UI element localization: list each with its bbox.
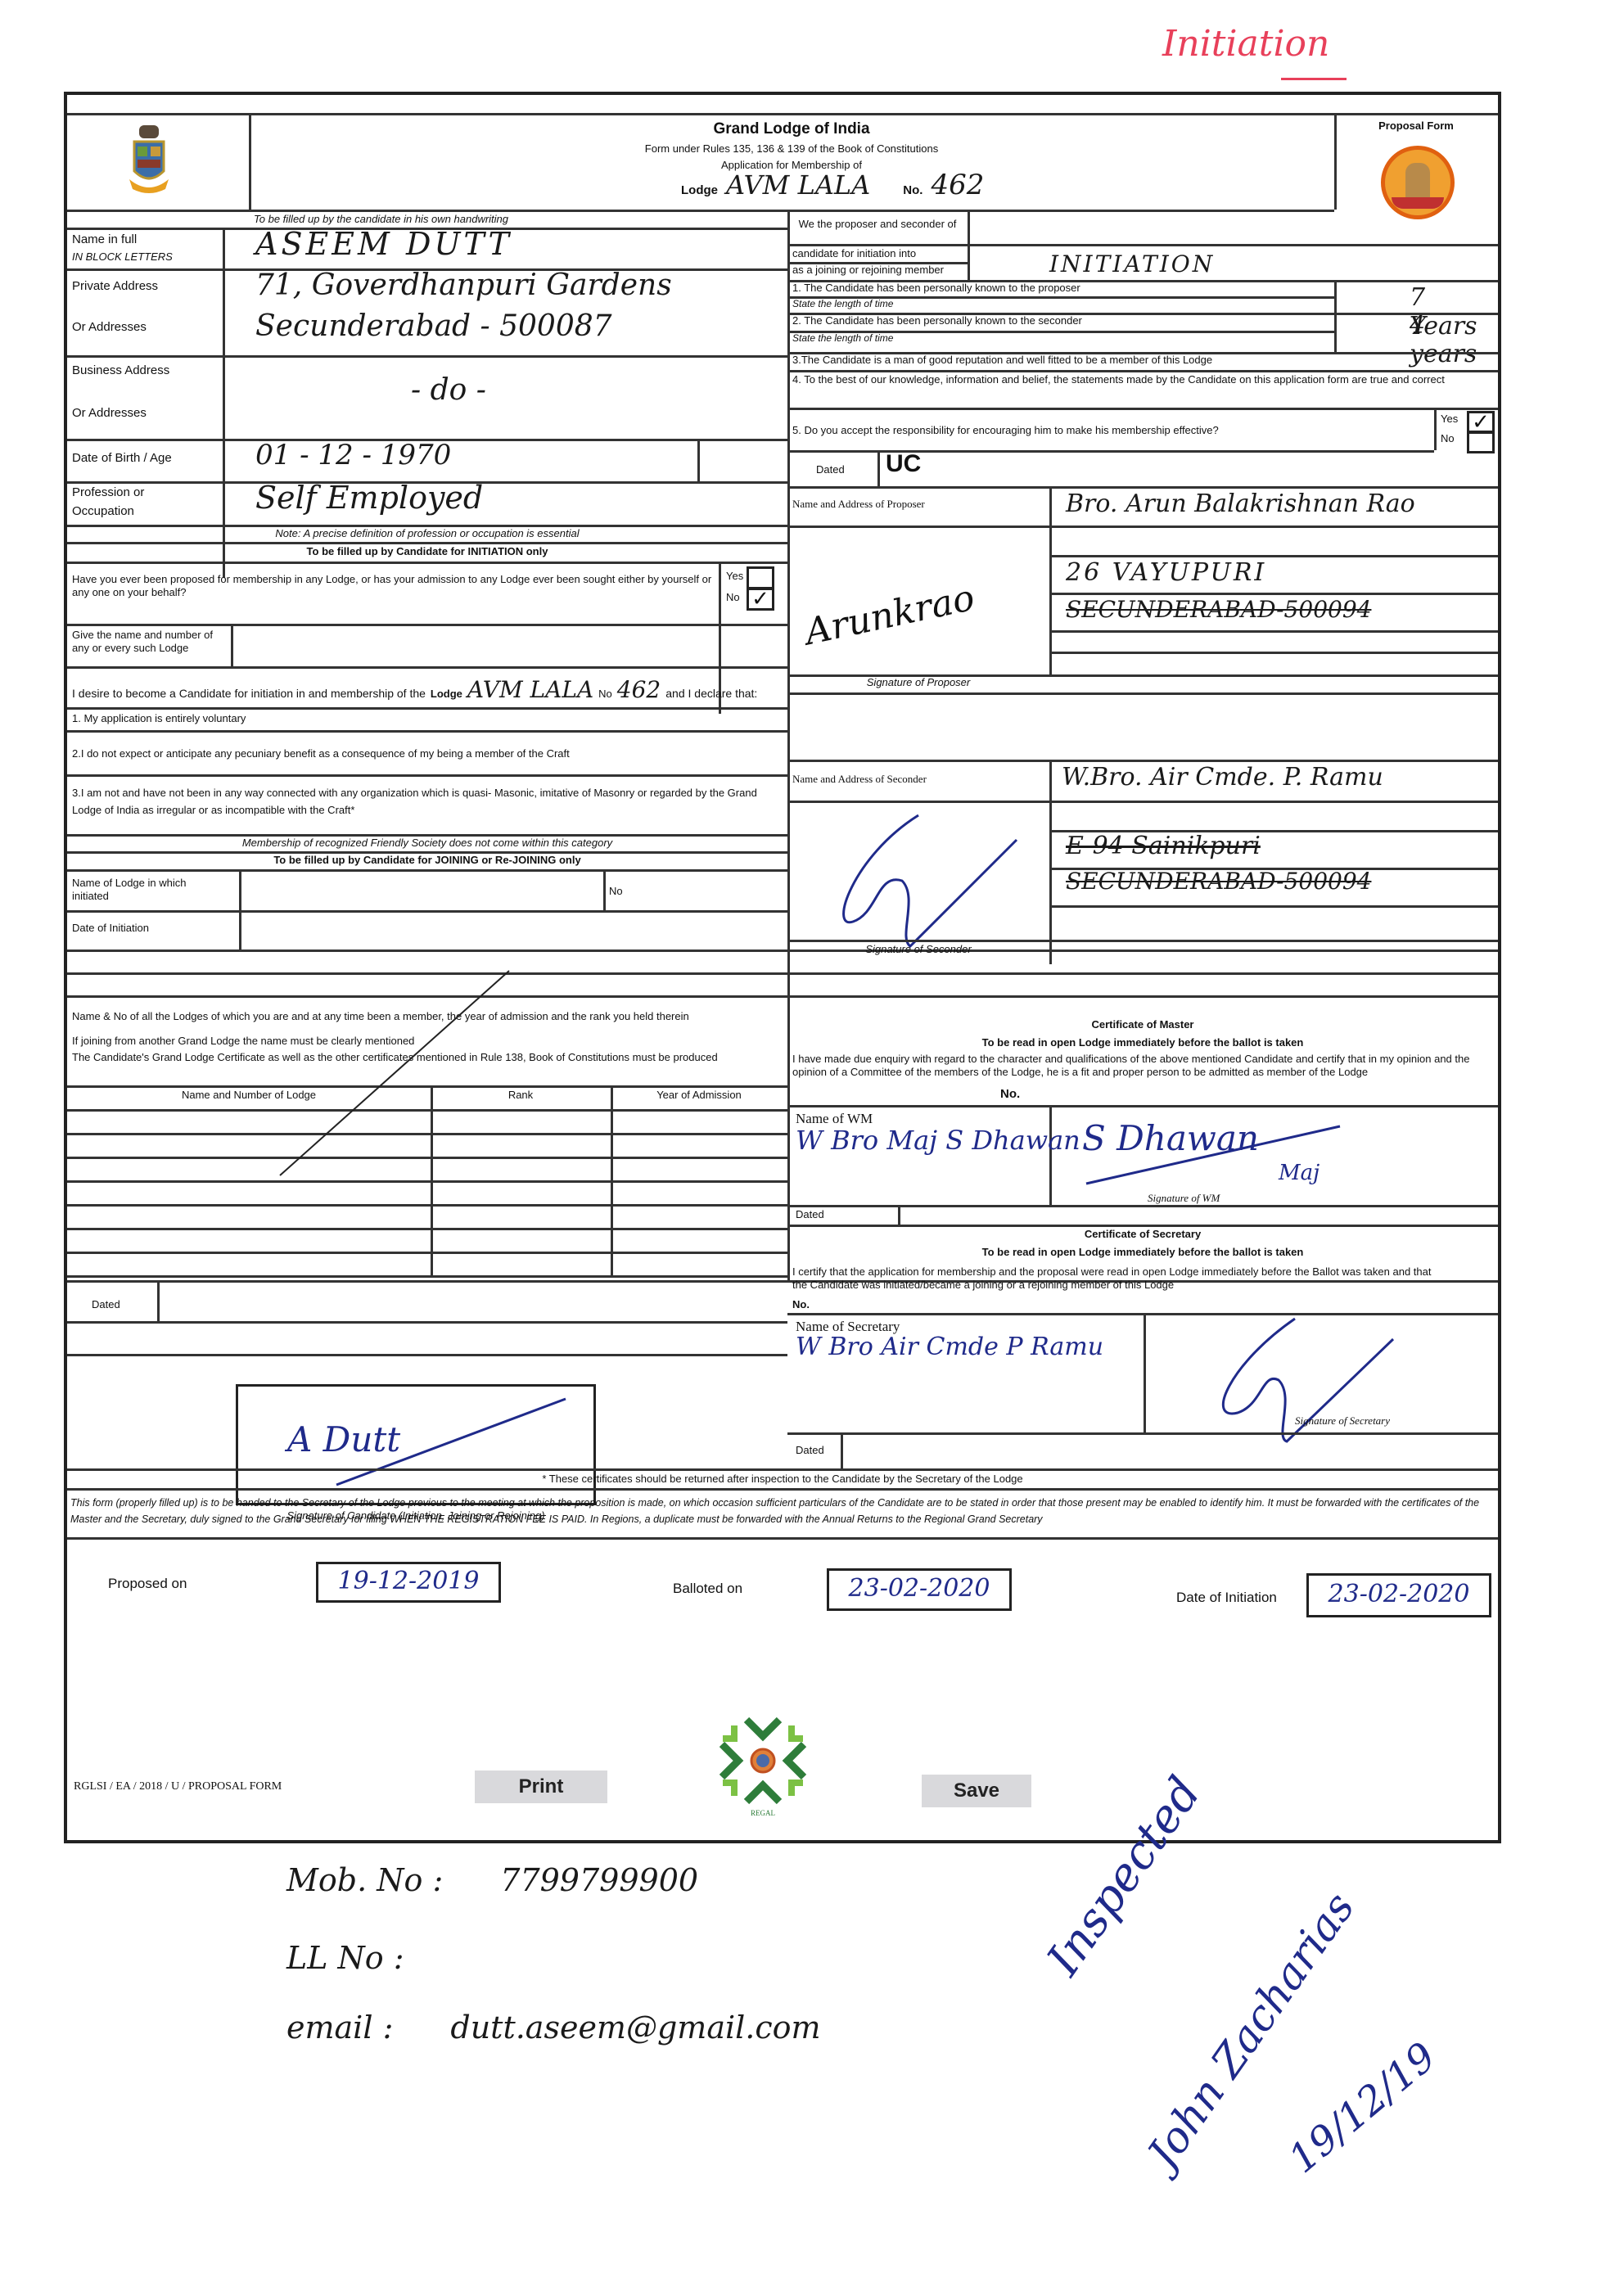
profession-label-1: Profession or (72, 485, 144, 501)
candidate-dated-label: Dated (92, 1298, 120, 1311)
balloted-on-field[interactable]: 23-02-2020 (827, 1568, 1012, 1611)
lodge-no: 462 (931, 169, 984, 201)
proposer-signature: Arunkrao (801, 577, 978, 654)
candidate-instruction: To be filled up by the candidate in his … (254, 213, 508, 226)
lodge-name: AVM LALA (726, 169, 870, 201)
secretary-cert-body: I certify that the application for membe… (792, 1265, 1439, 1292)
business-address[interactable]: - do - (411, 373, 486, 407)
wm-signature-label: Signature of WM (1148, 1192, 1220, 1205)
desire-post: and I declare that: (665, 687, 757, 700)
seconder-signature (820, 807, 1066, 954)
business-or-addresses-label: Or Addresses (72, 406, 147, 422)
proposed-on-label: Proposed on (108, 1575, 187, 1592)
desire-lodge-label: Lodge (431, 688, 462, 700)
table-header: Year of Admission (611, 1089, 787, 1102)
regal-label: REGAL (718, 1809, 808, 1818)
form-type: Proposal Form (1334, 120, 1498, 133)
q2-value[interactable]: 4 years (1410, 311, 1498, 368)
save-button[interactable]: Save (922, 1775, 1031, 1807)
joining-heading: To be filled up by Candidate for JOINING… (67, 854, 787, 867)
candidate-initiation-label: candidate for initiation into (792, 247, 916, 260)
profession-label-2: Occupation (72, 504, 134, 520)
initiation-heading: To be filled up by Candidate for INITIAT… (67, 545, 787, 558)
inspection-date: 19/12/19 (1280, 2034, 1445, 2182)
declaration-1: 1. My application is entirely voluntary (72, 712, 246, 725)
lodge-label: Lodge (681, 183, 718, 197)
email-value[interactable]: dutt.aseem@gmail.com (450, 2010, 820, 2046)
q5-no-checkbox[interactable] (1467, 431, 1495, 453)
master-cert-body: I have made due enquiry with regard to t… (792, 1053, 1496, 1080)
proposed-on-field[interactable]: 19-12-2019 (316, 1562, 501, 1603)
print-button[interactable]: Print (475, 1770, 607, 1803)
q5-text: 5. Do you accept the responsibility for … (792, 424, 1219, 437)
q1-sub: State the length of time (792, 298, 893, 310)
q5-yes-label: Yes (1441, 413, 1458, 426)
private-address-label: Private Address (72, 279, 158, 295)
form-code: RGLSI / EA / 2018 / U / PROPOSAL FORM (74, 1780, 282, 1794)
declaration-2: 2.I do not expect or anticipate any pecu… (72, 747, 570, 760)
landline-row: LL No : (286, 1940, 462, 1976)
annotation-underline (1281, 78, 1347, 80)
date-initiation-label: Date of Initiation (72, 922, 149, 935)
initiation-no-label: No (726, 591, 740, 604)
certificates-note: * These certificates should be returned … (67, 1473, 1498, 1486)
initiation-no-checkbox[interactable]: ✓ (747, 588, 774, 611)
secretary-cert-no: No. (792, 1298, 810, 1311)
secretary-cert-title: Certificate of Secretary (787, 1228, 1498, 1241)
seconder-address-2[interactable]: SECUNDERABAD-500094 (1066, 868, 1371, 895)
master-cert-subtitle: To be read in open Lodge immediately bef… (787, 1036, 1498, 1049)
proposer-name[interactable]: Bro. Arun Balakrishnan Rao (1066, 489, 1415, 518)
joining-no-label: No (609, 885, 623, 898)
email-label: email : (286, 2010, 393, 2046)
name-label: Name in full (72, 232, 137, 248)
name-sublabel: IN BLOCK LETTERS (72, 250, 173, 264)
regal-logo-icon (718, 1716, 808, 1806)
q2-sub: State the length of time (792, 332, 893, 345)
friendly-society-note: Membership of recognized Friendly Societ… (67, 837, 787, 850)
proposer-address-2[interactable]: SECUNDERABAD-500094 (1066, 596, 1371, 623)
email-row: email : dutt.aseem@gmail.com (286, 2010, 821, 2046)
profession-value[interactable]: Self Employed (255, 480, 483, 516)
initiation-annotation: Initiation (1162, 23, 1329, 65)
seconder-label: Name and Address of Seconder (792, 773, 927, 786)
desire-line: I desire to become a Candidate for initi… (72, 676, 757, 703)
dob-label: Date of Birth / Age (72, 451, 172, 467)
form-title: Grand Lodge of India (249, 120, 1334, 139)
private-address-line2[interactable]: Secunderabad - 500087 (255, 309, 612, 343)
lodge-initiated-label: Name of Lodge in which initiated (72, 877, 219, 904)
desire-lodge-value: AVM LALA (467, 676, 593, 703)
give-name-label: Give the name and number of any or every… (72, 629, 228, 656)
joining-member-label: as a joining or rejoining member (792, 264, 944, 277)
secretary-name[interactable]: W Bro Air Cmde P Ramu (796, 1333, 1103, 1361)
proposer-label: Name and Address of Proposer (792, 498, 925, 511)
q4-text: 4. To the best of our knowledge, informa… (792, 373, 1496, 386)
seconder-name[interactable]: W.Bro. Air Cmde. P. Ramu (1062, 763, 1383, 792)
initiation-date-label: Date of Initiation (1176, 1589, 1277, 1606)
balloted-on-label: Balloted on (673, 1580, 742, 1597)
proposer-dated-label: Dated (816, 463, 845, 476)
secretary-cert-subtitle: To be read in open Lodge immediately bef… (787, 1246, 1498, 1259)
lodge-line: Lodge AVM LALA No. 462 (681, 169, 984, 201)
initiation-date-field[interactable]: 23-02-2020 (1306, 1573, 1491, 1617)
proposer-address-1[interactable]: 26 VAYUPURI (1066, 558, 1266, 587)
desire-text: I desire to become a Candidate for initi… (72, 687, 426, 700)
dob-value[interactable]: 01 - 12 - 1970 (255, 439, 451, 471)
seconder-signature-label: Signature of Seconder (787, 943, 1049, 956)
q3-text: 3.The Candidate is a man of good reputat… (792, 354, 1212, 367)
proposal-form: Grand Lodge of India Form under Rules 13… (64, 92, 1501, 1843)
form-subtitle: Form under Rules 135, 136 & 139 of the B… (249, 142, 1334, 156)
initiation-yes-checkbox[interactable] (747, 566, 774, 589)
landline-label: LL No : (286, 1940, 404, 1976)
business-address-label: Business Address (72, 363, 169, 379)
candidate-name[interactable]: ASEEM DUTT (255, 226, 512, 262)
mobile-row: Mob. No : 7799799900 (286, 1862, 698, 1898)
initiation-yes-label: Yes (726, 570, 743, 583)
form-instructions: This form (properly filled up) is to be … (70, 1495, 1495, 1527)
mobile-label: Mob. No : (286, 1862, 443, 1898)
regional-grand-lodge-seal-icon (1381, 146, 1455, 219)
proposer-dated-value[interactable]: UC (886, 450, 921, 478)
private-address-line1[interactable]: 71, Goverdhanpuri Gardens (255, 268, 672, 302)
declaration-3: 3.I am not and have not been in any way … (72, 785, 784, 819)
lodge-no-label: No. (903, 183, 923, 197)
secretary-dated-label: Dated (796, 1444, 824, 1457)
profession-note: Note: A precise definition of profession… (67, 527, 787, 540)
q2-text: 2. The Candidate has been personally kno… (792, 314, 1082, 327)
q5-no-label: No (1441, 432, 1455, 445)
master-cert-title: Certificate of Master (787, 1018, 1498, 1031)
wm-dated-label: Dated (796, 1208, 824, 1221)
wm-name[interactable]: W Bro Maj S Dhawan (796, 1125, 1080, 1156)
mobile-value[interactable]: 7799799900 (500, 1862, 698, 1898)
seconder-address-1[interactable]: E-94 Sainikpuri (1066, 832, 1261, 860)
grand-lodge-crest-icon (124, 124, 174, 197)
desire-no-label: No (598, 688, 612, 700)
secretary-signature-label: Signature of Secretary (1295, 1414, 1390, 1428)
desire-no-value: 462 (617, 676, 661, 703)
membership-type-value[interactable]: INITIATION (1049, 250, 1215, 277)
proposer-signature-label: Signature of Proposer (787, 676, 1049, 689)
candidate-signature-box[interactable]: A Dutt (236, 1384, 596, 1505)
master-cert-no: No. (1000, 1087, 1020, 1103)
proposer-intro: We the proposer and seconder of (787, 218, 968, 231)
private-or-addresses-label: Or Addresses (72, 320, 147, 336)
q1-text: 1. The Candidate has been personally kno… (792, 282, 1080, 295)
proposed-question: Have you ever been proposed for membersh… (72, 573, 719, 600)
